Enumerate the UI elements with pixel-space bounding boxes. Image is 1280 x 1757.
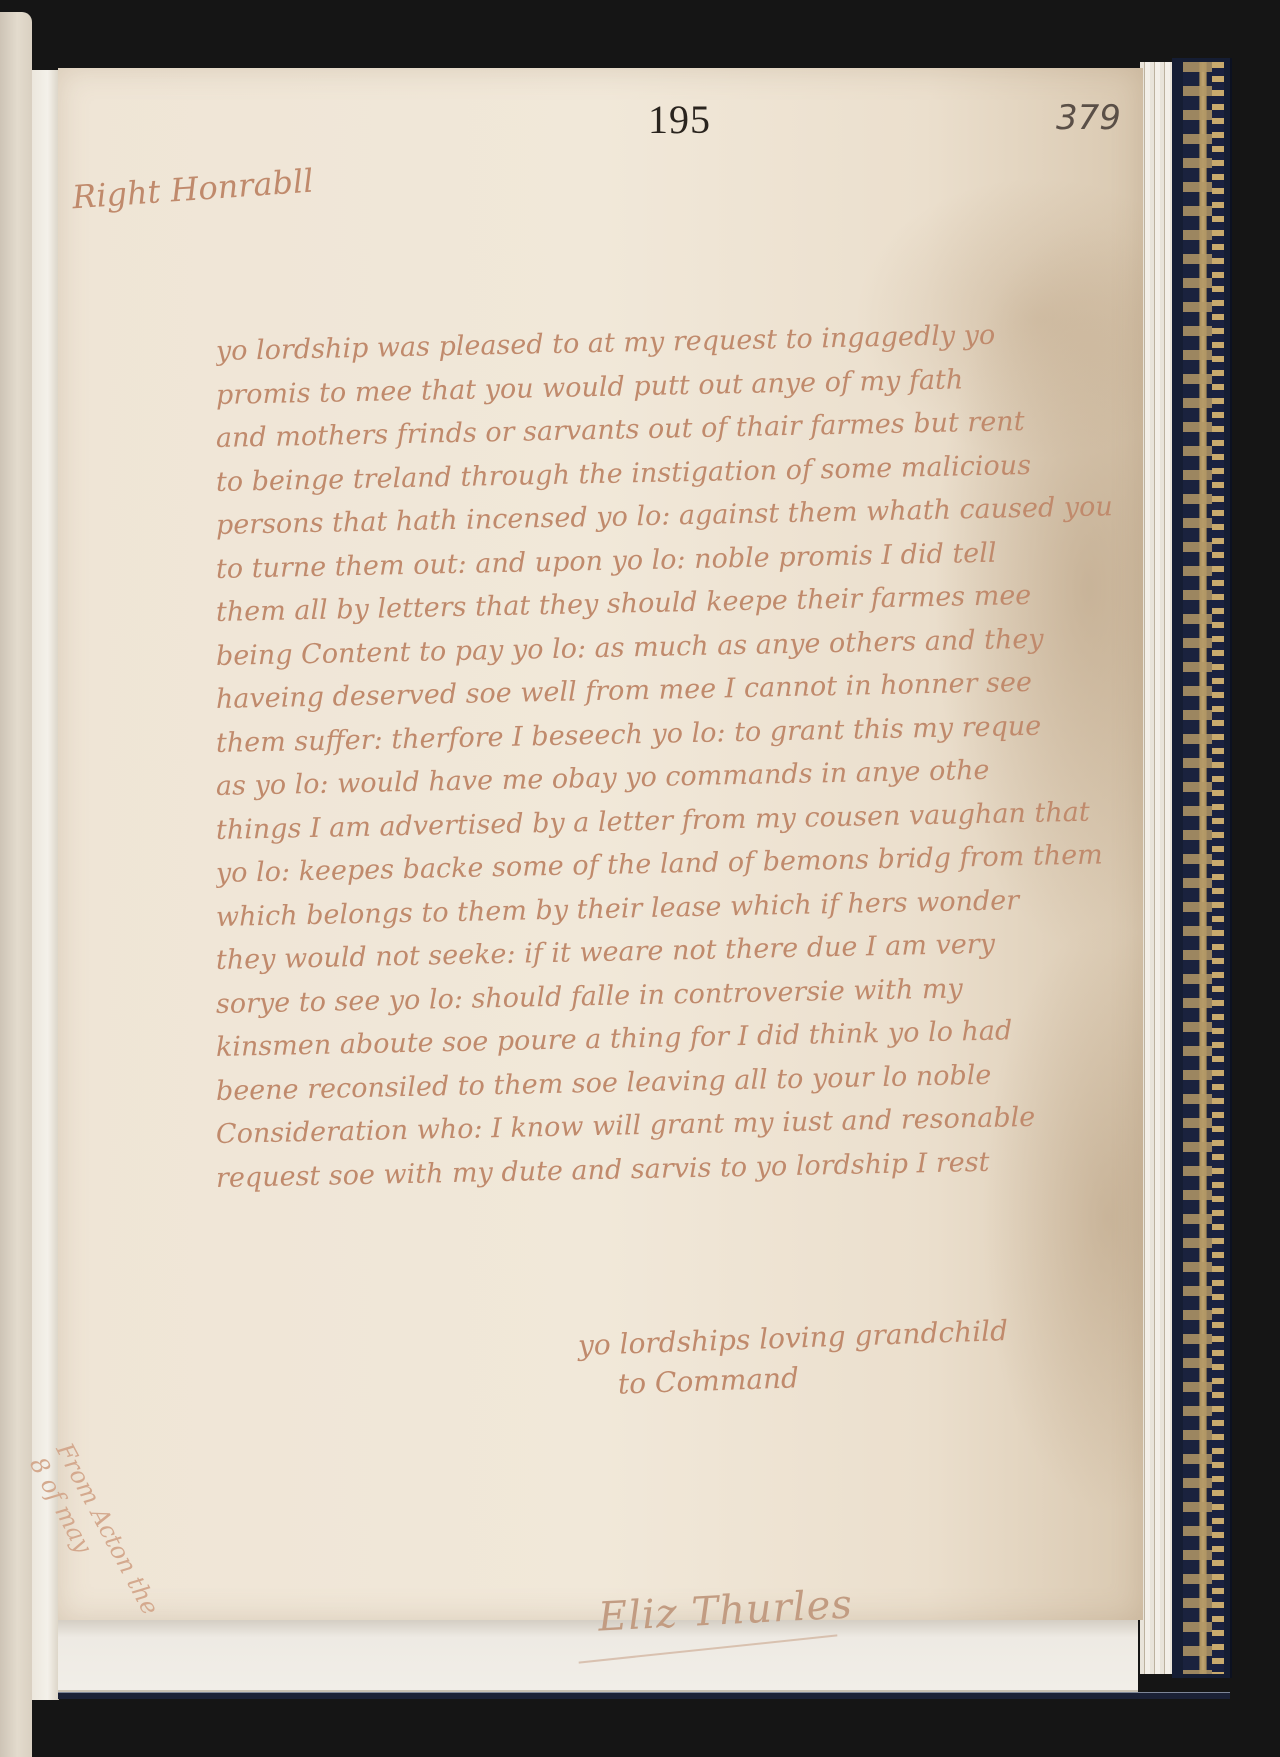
- gilt-dogtooth-roll: [1212, 62, 1224, 1674]
- letter-body: yo lordship was pleased to at my request…: [216, 330, 1136, 1200]
- stamped-folio-number: 195: [648, 96, 711, 143]
- manuscript-photograph: 195 379 Right Honrabll yo lordship was p…: [0, 0, 1280, 1757]
- pencil-folio-number: 379: [1056, 98, 1121, 138]
- salutation: Right Honrabll: [71, 162, 315, 217]
- lower-cover-edge: [58, 1692, 1230, 1699]
- facing-page-edge: [0, 12, 32, 1757]
- letter-closing: yo lordships loving grandchild to Comman…: [578, 1326, 1008, 1406]
- manuscript-leaf: 195 379 Right Honrabll yo lordship was p…: [58, 68, 1143, 1620]
